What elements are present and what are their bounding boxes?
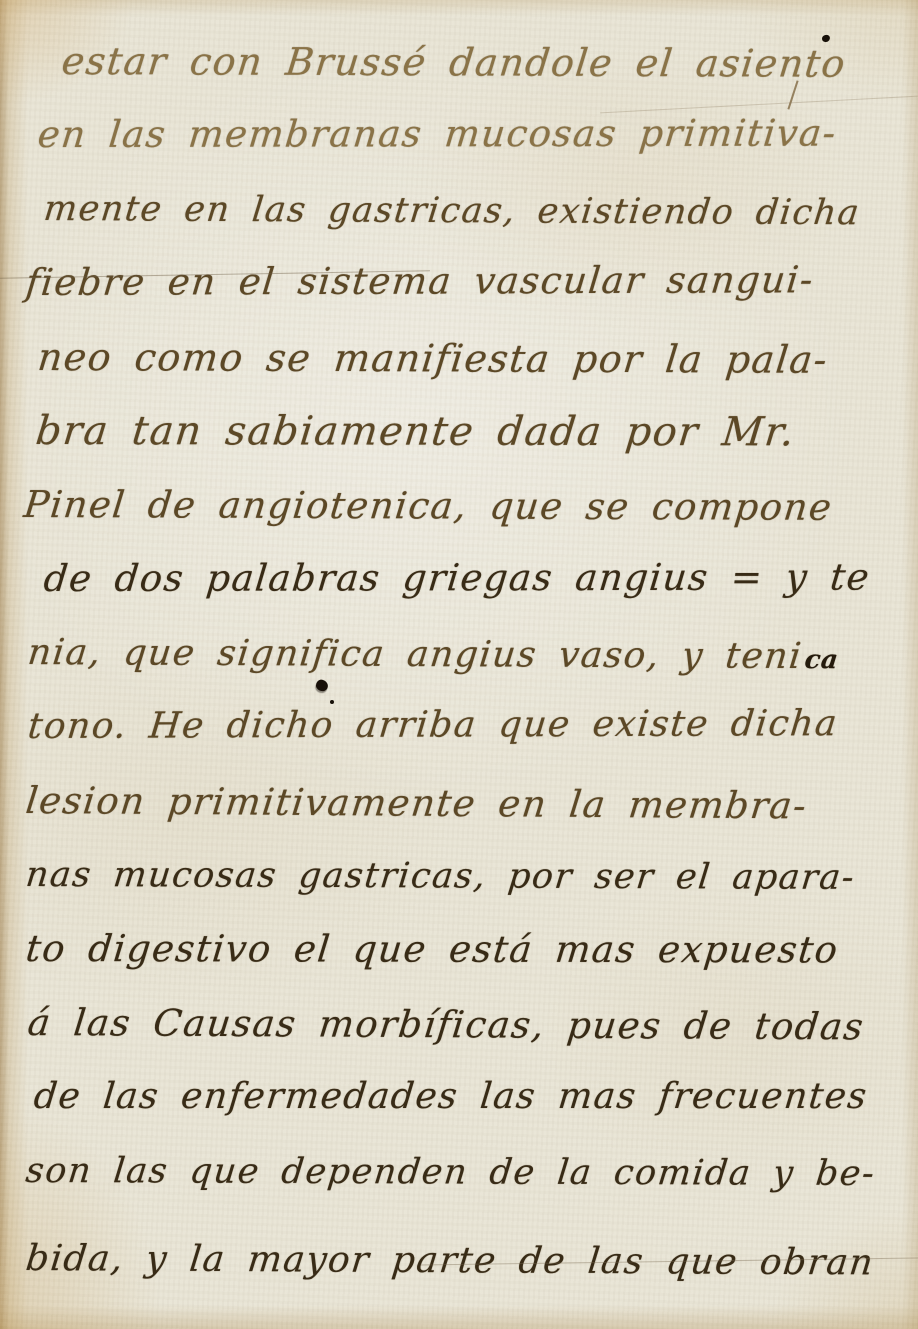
manuscript-text-block: estar con Brussé dandole el asiento en l… bbox=[0, 24, 918, 1296]
manuscript-line: tono. He dicho arriba que existe dicha bbox=[24, 687, 918, 764]
manuscript-line: nas mucosas gastricas, por ser el apara- bbox=[22, 838, 918, 915]
manuscript-line: neo como se manifiesta por la pala- bbox=[34, 320, 918, 397]
manuscript-line: de las enfermedades las mas frecuentes bbox=[30, 1060, 918, 1134]
manuscript-line: mente en las gastricas, existiendo dicha bbox=[40, 172, 918, 251]
manuscript-line: fiebre en el sistema vascular sangui- bbox=[22, 243, 918, 320]
manuscript-line: nia, que significa angius vaso, y tenica bbox=[24, 616, 918, 695]
inline-correction: ca bbox=[803, 645, 840, 675]
manuscript-line-text: nia, que significa angius vaso, y teni bbox=[26, 632, 805, 677]
manuscript-line: bida, y la mayor parte de las que obran bbox=[22, 1222, 918, 1301]
manuscript-line: á las Causas morbíficas, pues de todas bbox=[24, 986, 918, 1065]
manuscript-line: to digestivo el que está mas expuesto bbox=[22, 912, 918, 988]
manuscript-line: bra tan sabiamente dada por Mr. bbox=[32, 394, 918, 470]
manuscript-line: estar con Brussé dandole el asiento bbox=[58, 24, 918, 101]
manuscript-line: de dos palabras griegas angius = y te bbox=[40, 540, 918, 616]
manuscript-page: estar con Brussé dandole el asiento en l… bbox=[0, 0, 918, 1329]
manuscript-line: lesion primitivamente en la membra- bbox=[22, 764, 918, 844]
manuscript-line: Pinel de angiotenica, que se compone bbox=[20, 468, 918, 545]
manuscript-line: son las que dependen de la comida y be- bbox=[22, 1134, 918, 1211]
manuscript-line: en las membranas mucosas primitiva- bbox=[34, 96, 918, 172]
